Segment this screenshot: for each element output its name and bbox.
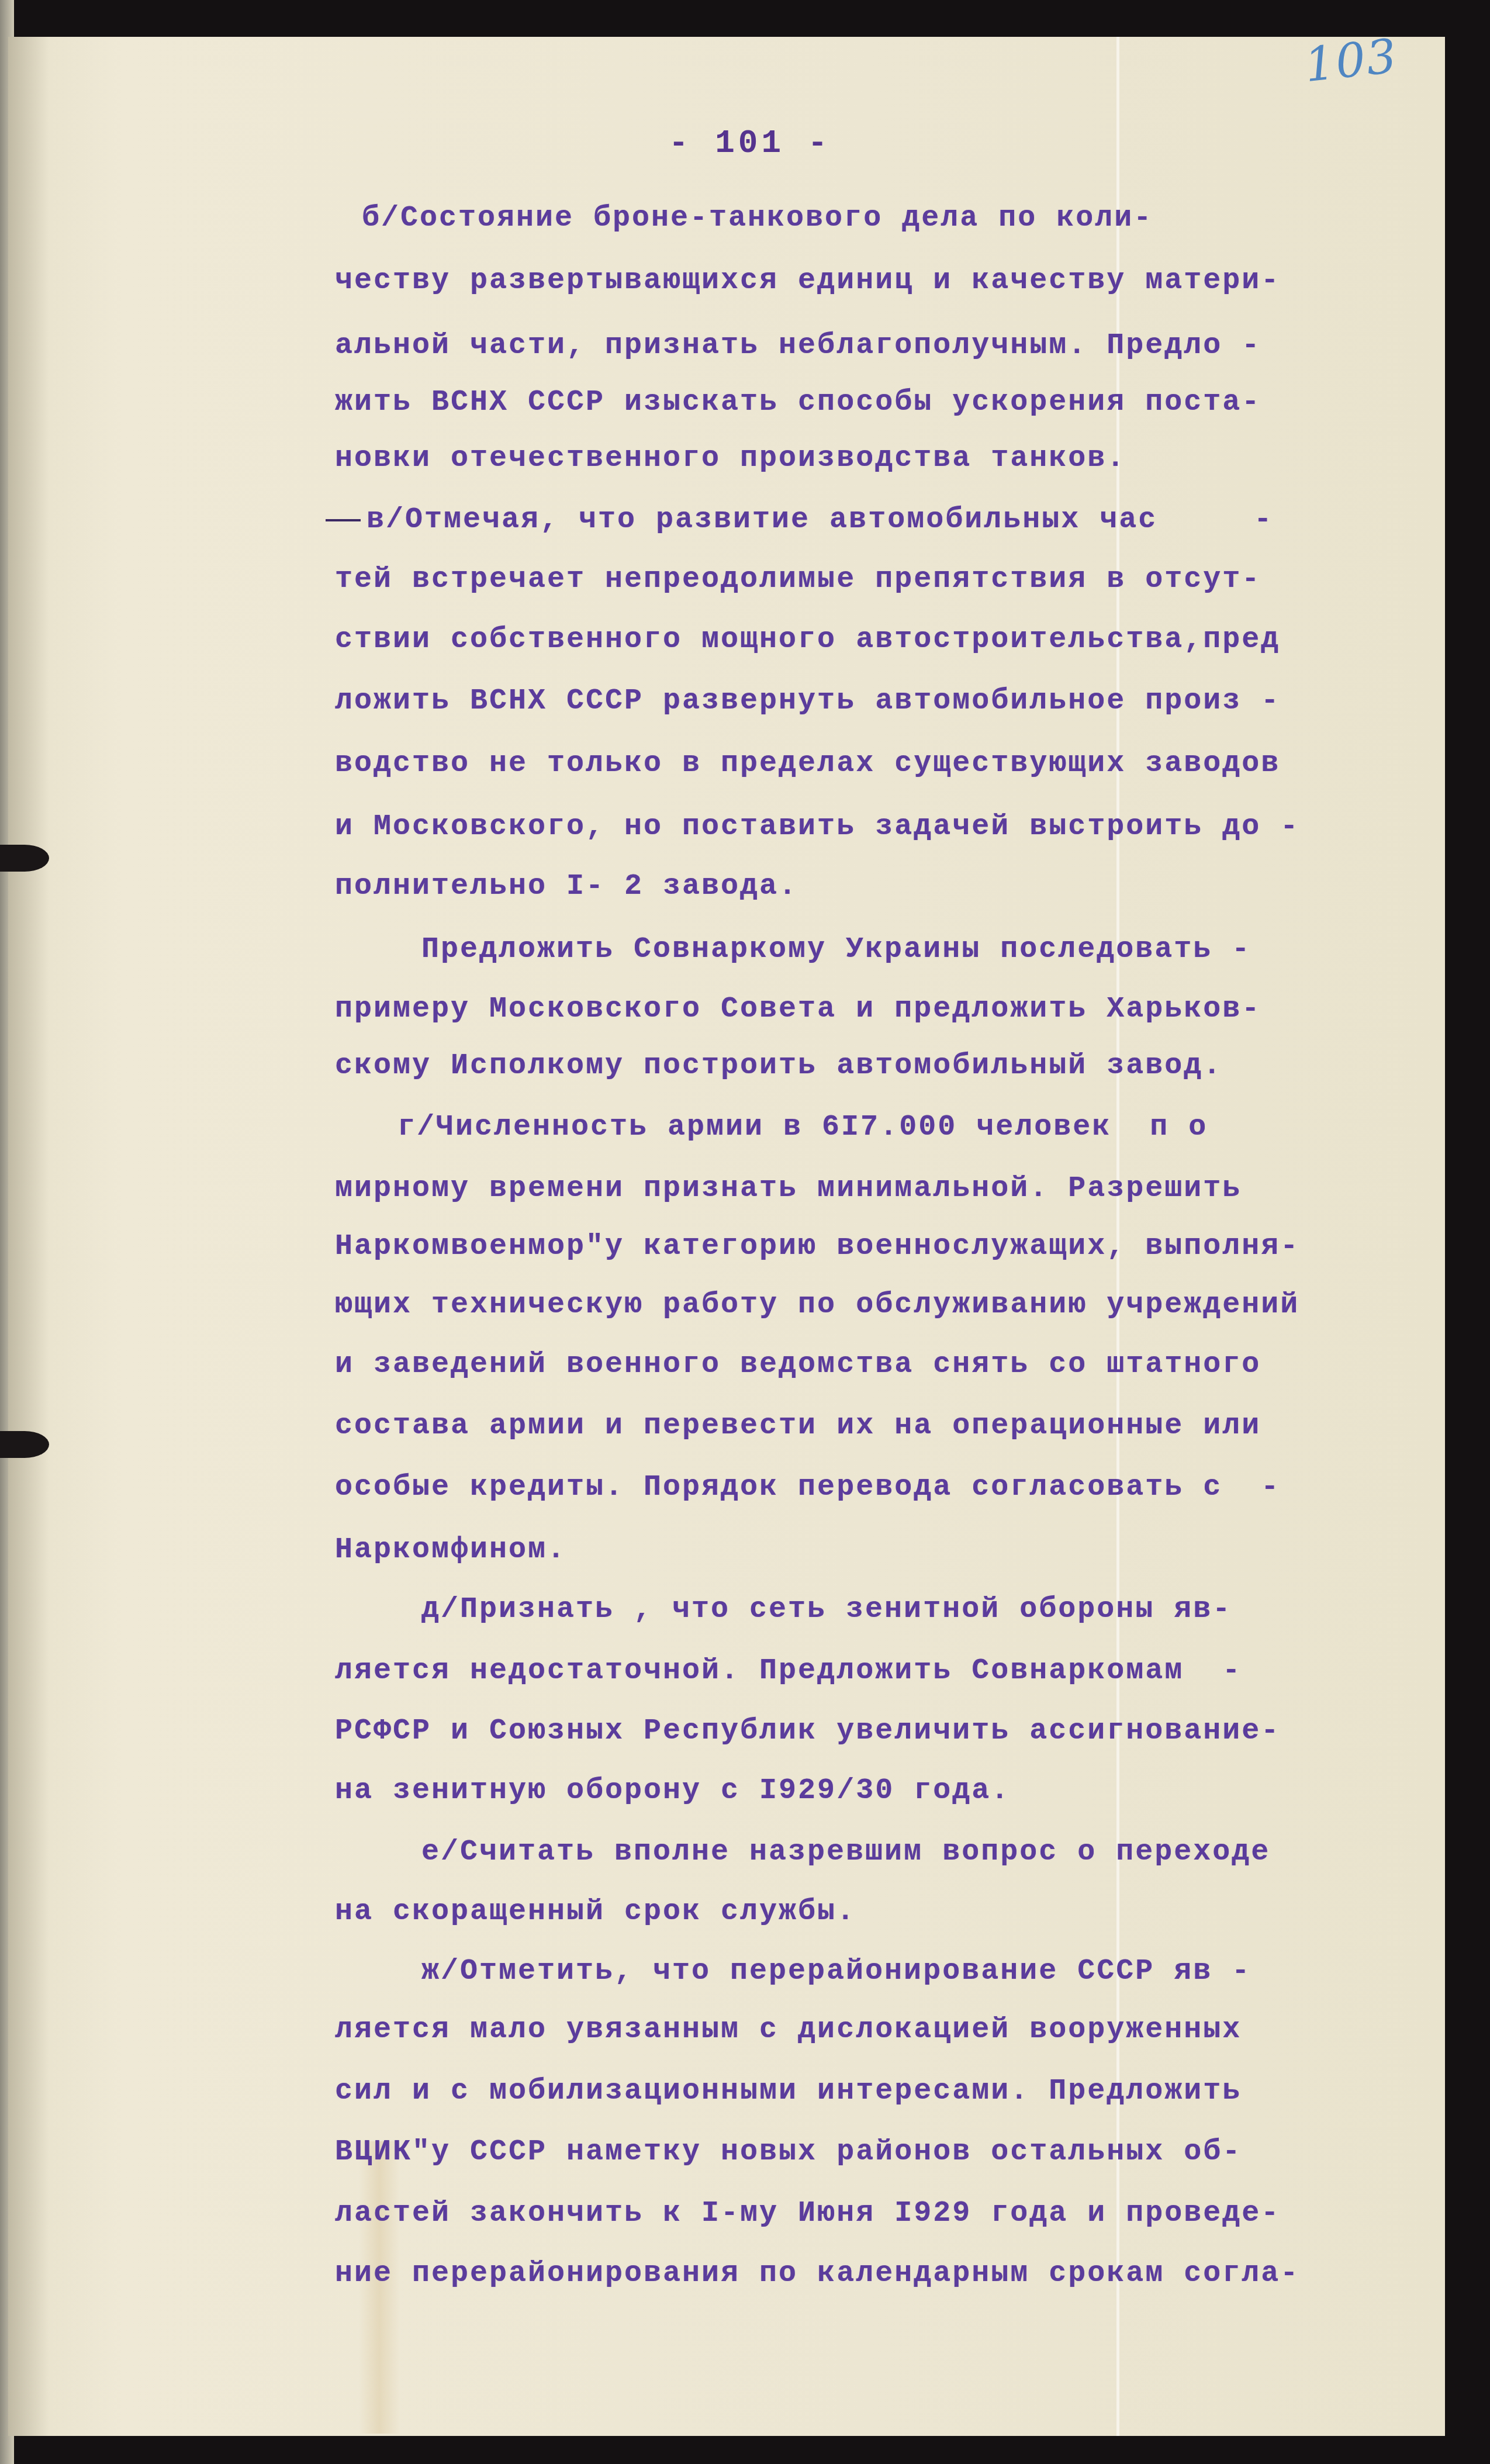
text-line: жить ВСНХ СССР изыскать способы ускорени… bbox=[335, 386, 1261, 419]
text-line: на зенитную оборону с I929/30 года. bbox=[335, 1774, 1010, 1808]
text-line: Наркомфином. bbox=[335, 1533, 566, 1567]
archive-folio-number: 103 bbox=[1302, 29, 1401, 92]
text-line: новки отечественного производства танков… bbox=[335, 442, 1126, 475]
text-line: ластей закончить к I-му Июня I929 года и… bbox=[335, 2197, 1280, 2230]
text-line: сил и с мобилизационными интересами. Пре… bbox=[335, 2075, 1242, 2108]
text-line: д/Признать , что сеть зенитной обороны я… bbox=[421, 1593, 1232, 1626]
text-line: е/Считать вполне назревшим вопрос о пере… bbox=[421, 1836, 1270, 1869]
text-line: г/Численность армии в 6I7.000 человек п … bbox=[397, 1111, 1208, 1144]
text-line: и заведений военного ведомства снять со … bbox=[335, 1348, 1261, 1381]
text-line: в/Отмечая, что развитие автомобильных ча… bbox=[367, 503, 1273, 537]
document-page: 103 - 101 - б/Состояние броне-танкового … bbox=[8, 37, 1445, 2436]
text-line: альной части, признать неблагополучным. … bbox=[335, 329, 1261, 362]
text-line: ВЦИК"у СССР наметку новых районов осталь… bbox=[335, 2135, 1242, 2169]
text-line: полнительно I- 2 завода. bbox=[335, 870, 798, 903]
binding-shadow bbox=[8, 37, 49, 2436]
page-number: - 101 - bbox=[669, 125, 831, 162]
text-line: б/Состояние броне-танкового дела по коли… bbox=[362, 202, 1153, 235]
punch-hole-top bbox=[0, 845, 49, 872]
text-line: ложить ВСНХ СССР развернуть автомобильно… bbox=[335, 685, 1280, 718]
text-line: ж/Отметить, что перерайонирование СССР я… bbox=[421, 1955, 1251, 1988]
text-line: РСФСР и Союзных Республик увеличить асси… bbox=[335, 1715, 1280, 1748]
text-line: Предложить Совнаркому Украины последоват… bbox=[421, 933, 1251, 966]
text-line: ляется недостаточной. Предложить Совнарк… bbox=[335, 1654, 1242, 1688]
text-line: особые кредиты. Порядок перевода согласо… bbox=[335, 1471, 1280, 1504]
text-line: состава армии и перевести их на операцио… bbox=[335, 1409, 1261, 1443]
text-line: водство не только в пределах существующи… bbox=[335, 747, 1280, 780]
text-line: ляется мало увязанным с дислокацией воор… bbox=[335, 2013, 1242, 2047]
text-line: на скоращенный срок службы. bbox=[335, 1895, 856, 1929]
margin-mark bbox=[326, 519, 361, 521]
text-line: и Московского, но поставить задачей выст… bbox=[335, 810, 1299, 844]
text-line: тей встречает непреодолимые препятствия … bbox=[335, 563, 1261, 596]
text-line: честву развертывающихся единиц и качеств… bbox=[335, 264, 1280, 298]
text-line: скому Исполкому построить автомобильный … bbox=[335, 1049, 1222, 1083]
text-line: мирному времени признать минимальной. Ра… bbox=[335, 1172, 1242, 1205]
text-line: ствии собственного мощного автостроитель… bbox=[335, 623, 1280, 656]
text-line: ющих техническую работу по обслуживанию … bbox=[335, 1288, 1299, 1322]
punch-hole-bottom bbox=[0, 1431, 49, 1458]
text-line: Наркомвоенмор"у категорию военнослужащих… bbox=[335, 1230, 1299, 1263]
text-line: примеру Московского Совета и предложить … bbox=[335, 993, 1261, 1026]
text-line: ние перерайонирования по календарным сро… bbox=[335, 2257, 1299, 2290]
